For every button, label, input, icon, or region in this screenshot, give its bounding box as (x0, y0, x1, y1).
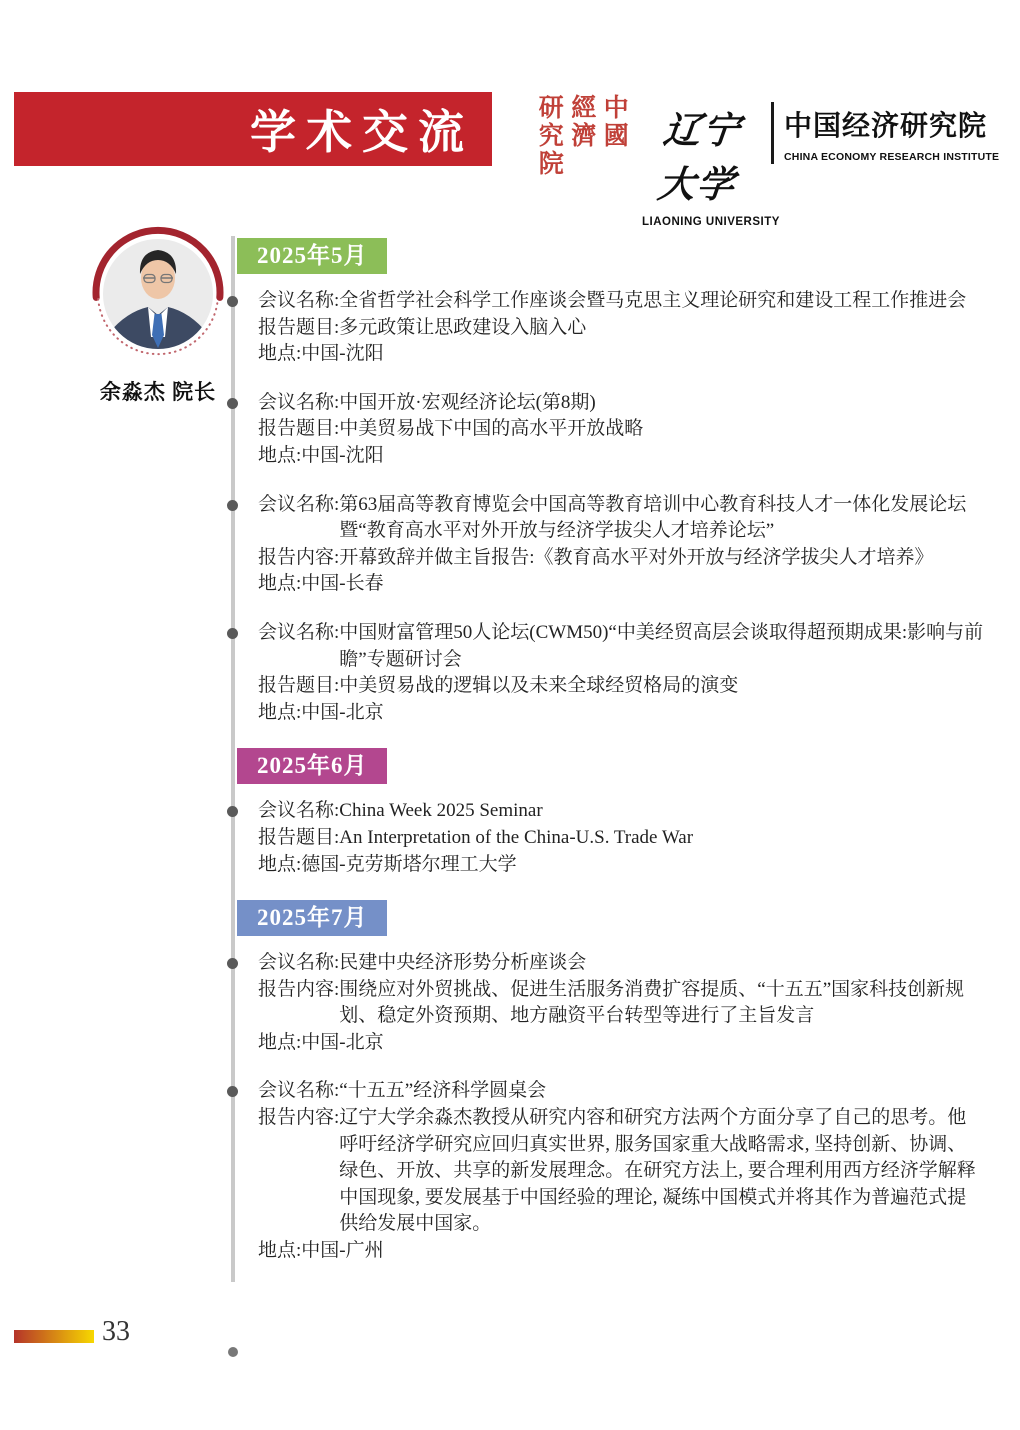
field-label: 报告题目: (258, 825, 339, 852)
field-row: 会议名称: 民建中央经济形势分析座谈会 (258, 950, 985, 977)
field-label: 会议名称: (258, 288, 339, 315)
field-text: An Interpretation of the China-U.S. Trad… (339, 825, 985, 852)
field-label: 报告题目: (258, 673, 339, 700)
timeline-bullet-icon (227, 500, 238, 511)
field-row: 报告题目: 中美贸易战下中国的高水平开放战略 (258, 416, 985, 443)
field-text: 民建中央经济形势分析座谈会 (339, 950, 985, 977)
field-text: 围绕应对外贸挑战、促进生活服务消费扩容提质、“十五五”国家科技创新规划、稳定外资… (339, 977, 985, 1030)
field-text: 全省哲学社会科学工作座谈会暨马克思主义理论研究和建设工程工作推进会 (339, 288, 985, 315)
field-row: 报告题目: An Interpretation of the China-U.S… (258, 825, 985, 852)
field-row: 会议名称: “十五五”经济科学圆桌会 (258, 1078, 985, 1105)
field-text: 开幕致辞并做主旨报告:《教育高水平对外开放与经济学拔尖人才培养》 (339, 545, 985, 572)
field-row: 会议名称: 中国开放·宏观经济论坛(第8期) (258, 390, 985, 417)
field-row: 地点: 中国-北京 (258, 700, 985, 727)
field-label: 地点: (258, 341, 301, 368)
field-text: 中国-北京 (301, 1030, 985, 1057)
field-label: 报告内容: (258, 545, 339, 572)
field-label: 会议名称: (258, 492, 339, 545)
timeline-bullet-icon (227, 296, 238, 307)
field-row: 地点: 中国-沈阳 (258, 341, 985, 368)
institute-seal-icon: 中國 經濟 研究院 (528, 94, 634, 184)
profile-block: 余淼杰 院长 (88, 222, 228, 406)
field-label: 会议名称: (258, 950, 339, 977)
profile-photo (88, 222, 228, 362)
field-row: 地点: 中国-沈阳 (258, 443, 985, 470)
document-page: 学术交流 中國 經濟 研究院 辽宁大学 LIAONING UNIVERSITY … (0, 0, 1020, 1430)
timeline-bullet-icon (227, 1086, 238, 1097)
field-label: 会议名称: (258, 620, 339, 673)
field-text: 辽宁大学余淼杰教授从研究内容和研究方法两个方面分享了自己的思考。他呼吁经济学研究… (339, 1105, 985, 1238)
field-label: 会议名称: (258, 798, 339, 825)
conference-item: 会议名称: 中国财富管理50人论坛(CWM50)“中美经贸高层会谈取得超预期成果… (237, 620, 985, 726)
timeline-bullet-icon (227, 398, 238, 409)
university-logo: 辽宁大学 LIAONING UNIVERSITY (642, 100, 758, 228)
field-row: 会议名称: 第63届高等教育博览会中国高等教育培训中心教育科技人才一体化发展论坛… (258, 492, 985, 545)
field-row: 报告内容: 开幕致辞并做主旨报告:《教育高水平对外开放与经济学拔尖人才培养》 (258, 545, 985, 572)
field-row: 会议名称: 全省哲学社会科学工作座谈会暨马克思主义理论研究和建设工程工作推进会 (258, 288, 985, 315)
field-label: 地点: (258, 443, 301, 470)
field-row: 地点: 中国-长春 (258, 571, 985, 598)
field-text: 多元政策让思政建设入脑入心 (339, 315, 985, 342)
field-label: 报告题目: (258, 416, 339, 443)
page-number: 33 (102, 1316, 130, 1348)
field-text: 中国开放·宏观经济论坛(第8期) (339, 390, 985, 417)
month-header-2025-05: 2025年5月 (237, 238, 387, 274)
field-label: 报告内容: (258, 1105, 339, 1238)
field-label: 地点: (258, 852, 301, 879)
field-text: 中美贸易战下中国的高水平开放战略 (339, 416, 985, 443)
field-label: 地点: (258, 571, 301, 598)
field-row: 报告内容: 辽宁大学余淼杰教授从研究内容和研究方法两个方面分享了自己的思考。他呼… (258, 1105, 985, 1238)
field-text: 德国-克劳斯塔尔理工大学 (301, 852, 985, 879)
university-name-cn: 辽宁大学 (636, 100, 763, 208)
field-label: 地点: (258, 700, 301, 727)
field-label: 地点: (258, 1238, 301, 1265)
field-label: 报告内容: (258, 977, 339, 1030)
timeline-line (231, 236, 235, 1282)
timeline: 2025年5月 会议名称: 全省哲学社会科学工作座谈会暨马克思主义理论研究和建设… (237, 238, 985, 1287)
field-row: 地点: 中国-北京 (258, 1030, 985, 1057)
conference-item: 会议名称: 第63届高等教育博览会中国高等教育培训中心教育科技人才一体化发展论坛… (237, 492, 985, 598)
timeline-bullet-icon (227, 958, 238, 969)
field-text: 中国-沈阳 (301, 443, 985, 470)
field-text: 第63届高等教育博览会中国高等教育培训中心教育科技人才一体化发展论坛暨“教育高水… (339, 492, 985, 545)
field-row: 报告题目: 中美贸易战的逻辑以及未来全球经贸格局的演变 (258, 673, 985, 700)
timeline-bullet-icon (227, 806, 238, 817)
field-row: 会议名称: China Week 2025 Seminar (258, 798, 985, 825)
profile-name: 余淼杰 院长 (88, 376, 228, 406)
field-label: 会议名称: (258, 390, 339, 417)
field-row: 报告题目: 多元政策让思政建设入脑入心 (258, 315, 985, 342)
seal-column: 中國 (600, 94, 628, 184)
field-label: 地点: (258, 1030, 301, 1057)
field-text: 中国财富管理50人论坛(CWM50)“中美经贸高层会谈取得超预期成果:影响与前瞻… (339, 620, 985, 673)
conference-item: 会议名称: “十五五”经济科学圆桌会 报告内容: 辽宁大学余淼杰教授从研究内容和… (237, 1078, 985, 1264)
logo-divider (771, 102, 774, 164)
institute-logo: 中国经济研究院 CHINA ECONOMY RESEARCH INSTITUTE (784, 104, 999, 163)
field-text: 中国-长春 (301, 571, 985, 598)
field-label: 报告题目: (258, 315, 339, 342)
timeline-end-dot-icon (228, 1347, 238, 1357)
month-header-2025-06: 2025年6月 (237, 748, 387, 784)
field-row: 地点: 德国-克劳斯塔尔理工大学 (258, 852, 985, 879)
section-banner: 学术交流 (14, 92, 492, 166)
month-header-2025-07: 2025年7月 (237, 900, 387, 936)
field-text: 中国-沈阳 (301, 341, 985, 368)
field-row: 地点: 中国-广州 (258, 1238, 985, 1265)
field-text: 中国-广州 (301, 1238, 985, 1265)
conference-item: 会议名称: 民建中央经济形势分析座谈会 报告内容: 围绕应对外贸挑战、促进生活服… (237, 950, 985, 1056)
institute-name-en: CHINA ECONOMY RESEARCH INSTITUTE (784, 151, 999, 163)
conference-item: 会议名称: 全省哲学社会科学工作座谈会暨马克思主义理论研究和建设工程工作推进会 … (237, 288, 985, 368)
footer-gradient-bar (14, 1330, 94, 1343)
university-name-en: LIAONING UNIVERSITY (642, 216, 758, 228)
field-row: 报告内容: 围绕应对外贸挑战、促进生活服务消费扩容提质、“十五五”国家科技创新规… (258, 977, 985, 1030)
field-label: 会议名称: (258, 1078, 339, 1105)
timeline-bullet-icon (227, 628, 238, 639)
page-title: 学术交流 (250, 96, 474, 162)
field-text: 中美贸易战的逻辑以及未来全球经贸格局的演变 (339, 673, 985, 700)
field-text: 中国-北京 (301, 700, 985, 727)
institute-name-cn: 中国经济研究院 (784, 104, 999, 144)
seal-column: 研究院 (535, 94, 563, 184)
seal-column: 經濟 (567, 94, 595, 184)
field-text: “十五五”经济科学圆桌会 (339, 1078, 985, 1105)
field-row: 会议名称: 中国财富管理50人论坛(CWM50)“中美经贸高层会谈取得超预期成果… (258, 620, 985, 673)
conference-item: 会议名称: China Week 2025 Seminar 报告题目: An I… (237, 798, 985, 878)
field-text: China Week 2025 Seminar (339, 798, 985, 825)
conference-item: 会议名称: 中国开放·宏观经济论坛(第8期) 报告题目: 中美贸易战下中国的高水… (237, 390, 985, 470)
